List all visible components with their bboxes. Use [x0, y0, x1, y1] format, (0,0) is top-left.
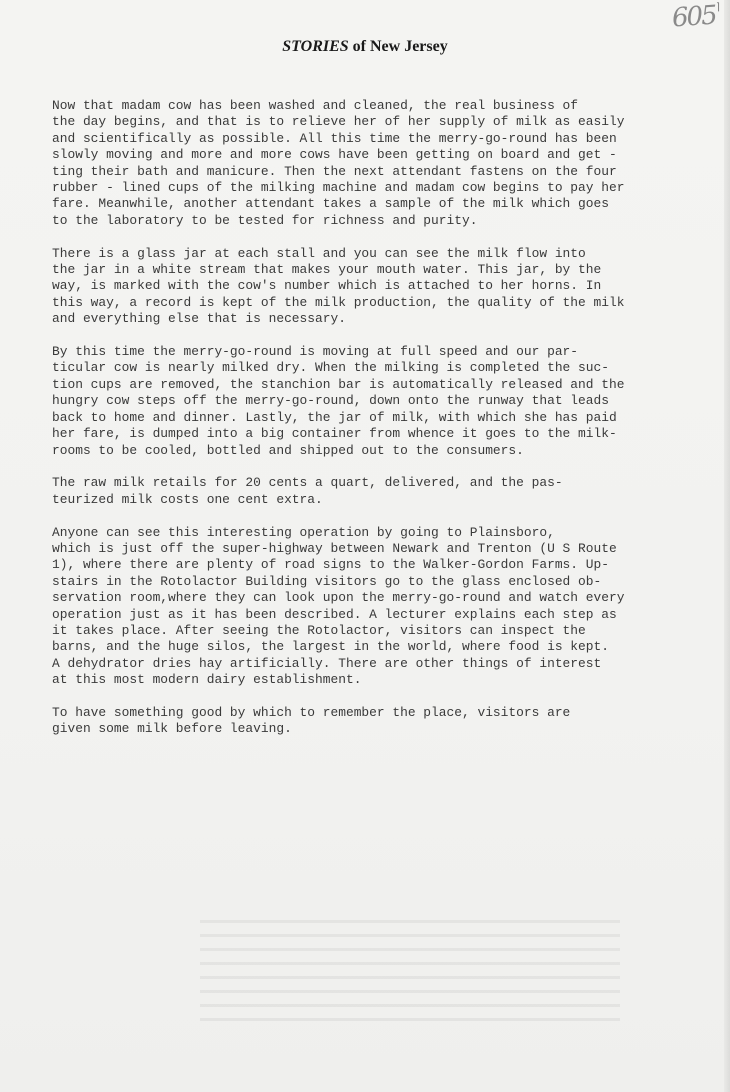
page-header: STORIES of New Jersey: [0, 38, 730, 56]
page-edge: [724, 0, 730, 1092]
document-page: 605 ⌉ STORIES of New Jersey Now that mad…: [0, 0, 730, 1092]
header-title-italic: STORIES: [282, 38, 348, 55]
paragraph: To have something good by which to remem…: [52, 705, 692, 738]
paragraph: Anyone can see this interesting operatio…: [52, 525, 692, 689]
paragraph: Now that madam cow has been washed and c…: [52, 98, 692, 229]
corner-mark: ⌉: [716, 2, 720, 13]
paragraph: The raw milk retails for 20 cents a quar…: [52, 475, 692, 508]
header-title-rest: of New Jersey: [349, 38, 448, 55]
paragraph: By this time the merry-go-round is movin…: [52, 344, 692, 459]
body-text: Now that madam cow has been washed and c…: [52, 98, 692, 754]
paragraph: There is a glass jar at each stall and y…: [52, 246, 692, 328]
handwritten-page-number: 605: [671, 1, 717, 34]
show-through-text: [200, 920, 620, 1030]
